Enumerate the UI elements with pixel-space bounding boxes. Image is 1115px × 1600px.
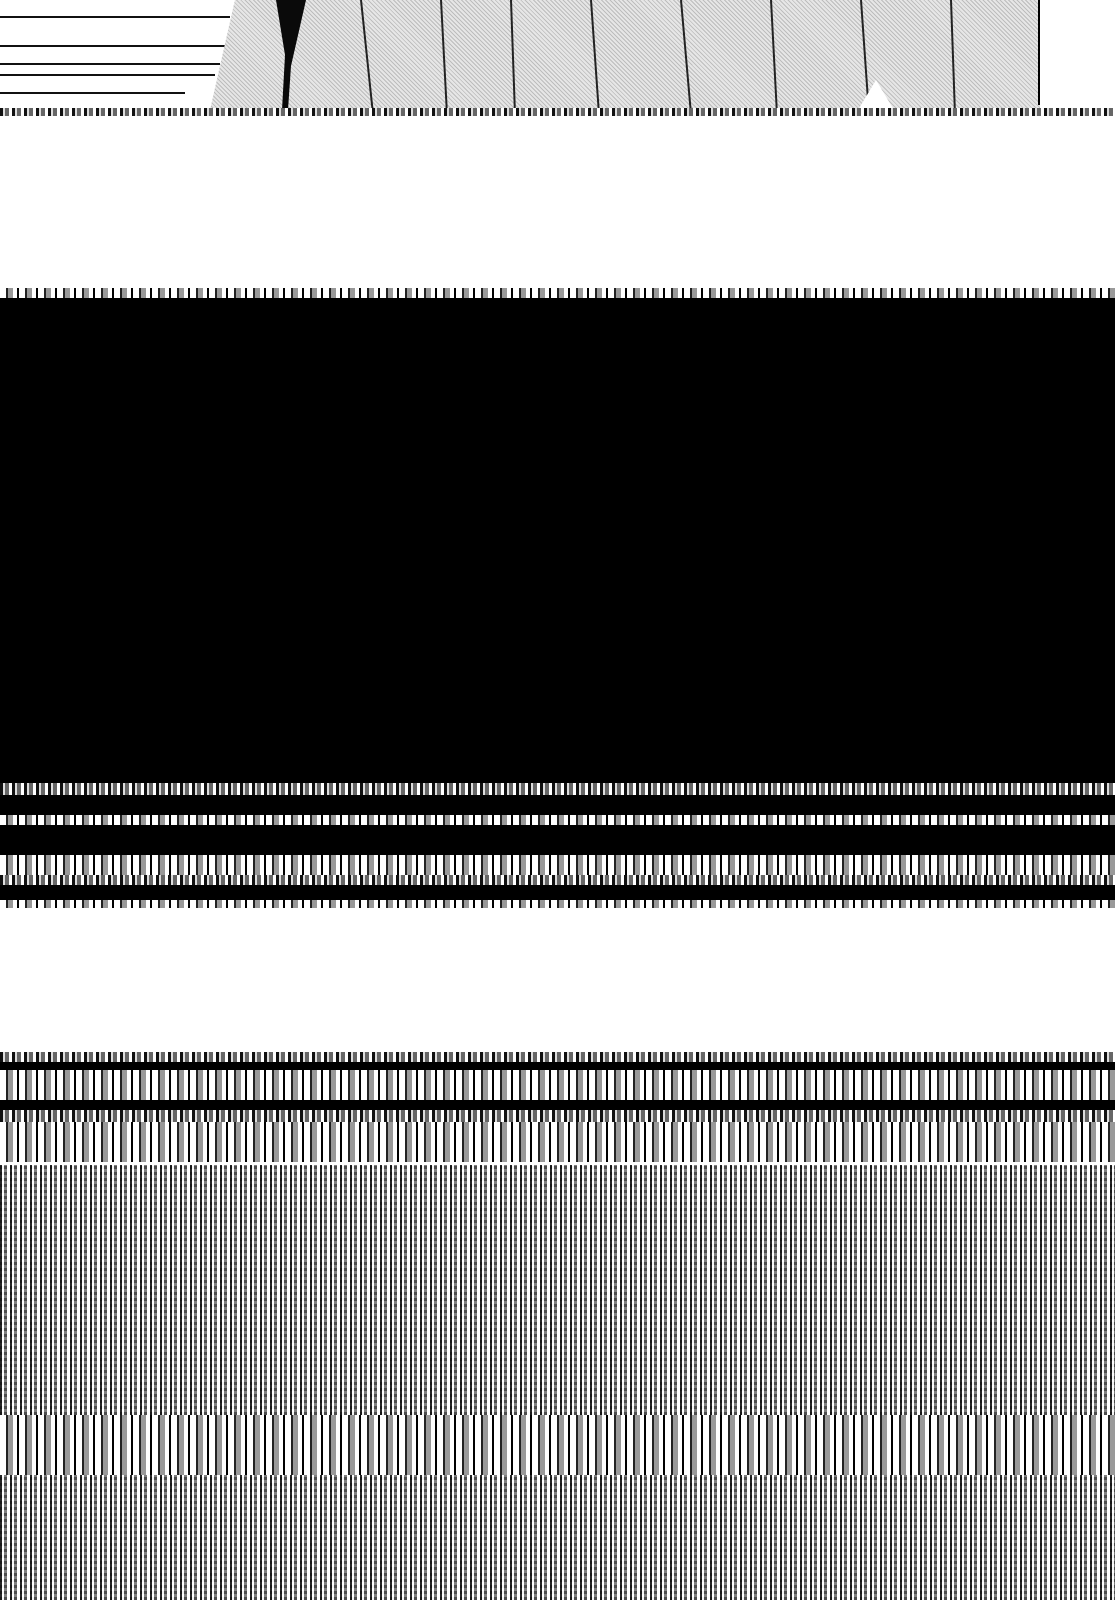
scanline-glitch-2 (0, 815, 1115, 825)
scanline-glitch-8 (0, 1110, 1115, 1122)
scanline-glitch-10 (0, 1415, 1115, 1475)
noise-block-1 (0, 1165, 1115, 1415)
scanline-glitch-3 (0, 855, 1115, 875)
scanline-glitch-5 (0, 900, 1115, 908)
scanline-glitch-6 (0, 1052, 1115, 1062)
scanline-glitch-9 (0, 1122, 1115, 1162)
scanline-glitch-band-top (0, 288, 1115, 298)
scanline-glitch-7 (0, 1070, 1115, 1100)
black-strip-4 (0, 1062, 1115, 1070)
hair-peak (858, 80, 894, 110)
scanline-glitch-top (0, 108, 1115, 116)
black-strip-1 (0, 795, 1115, 815)
black-strip-5 (0, 1100, 1115, 1110)
panel-border (1038, 0, 1040, 105)
illustration-panel (0, 0, 1115, 110)
hair-artwork (210, 0, 1040, 110)
speed-lines (0, 0, 230, 110)
scanline-glitch-4 (0, 875, 1115, 885)
scanline-glitch-1 (0, 783, 1115, 795)
hair-shadow (270, 0, 330, 110)
black-band (0, 298, 1115, 783)
noise-block-2 (0, 1475, 1115, 1600)
black-strip-3 (0, 885, 1115, 900)
black-strip-2 (0, 825, 1115, 855)
